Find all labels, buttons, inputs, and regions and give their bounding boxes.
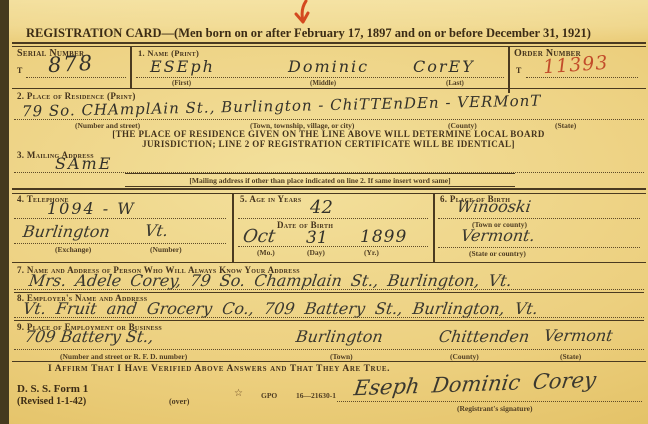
order-prefix: T	[516, 66, 522, 75]
affirmation-text: I Affirm That I Have Verified Above Answ…	[48, 364, 390, 374]
print-code: 16—21630-1	[296, 391, 336, 400]
residence-note-line2: JURISDICTION; LINE 2 OF REGISTRATION CER…	[9, 139, 648, 149]
form-revision: (Revised 1-1-42)	[17, 396, 86, 407]
age-value: 42	[310, 197, 333, 218]
over-note: (over)	[169, 397, 189, 406]
signature-sublabel: (Registrant's signature)	[457, 404, 532, 413]
serial-number-value: 878	[47, 51, 94, 77]
employment-town-value: Burlington	[295, 327, 385, 346]
employment-state-value: Vermont	[543, 326, 614, 345]
birth-state-sublabel: (State or country)	[469, 249, 526, 258]
serial-prefix: T	[17, 66, 23, 75]
telephone-exchange-value: Burlington	[22, 222, 112, 241]
name-first-value: ESEph	[150, 57, 215, 76]
gpo-label: GPO	[261, 391, 277, 400]
name-middle-value: Dominic	[288, 57, 369, 76]
name-last-value: CorEY	[413, 57, 475, 76]
registration-card-scan: REGISTRATION CARD—(Men born on or after …	[0, 0, 648, 424]
mailing-value: SAmE	[55, 154, 112, 173]
employment-town-sublabel: (Town)	[330, 352, 353, 361]
employment-street-sublabel: (Number and street or R. F. D. number)	[60, 352, 187, 361]
card-title: REGISTRATION CARD—(Men born on or after …	[26, 26, 591, 41]
telephone-number-value: 1094 - W	[47, 199, 136, 218]
dob-year-value: 1899	[360, 227, 407, 247]
name-first-sublabel: (First)	[172, 79, 191, 87]
mailing-note-box: [Mailing address if other than place ind…	[125, 173, 515, 187]
dob-year-sublabel: (Yr.)	[364, 248, 379, 257]
card-background: REGISTRATION CARD—(Men born on or after …	[9, 0, 648, 424]
birth-town-value: Winooski	[456, 197, 533, 216]
scan-left-edge	[0, 0, 9, 424]
contact-value: Mrs. Adele Corey, 79 So. Champlain St., …	[28, 271, 513, 290]
order-number-value: 11393	[542, 52, 609, 79]
telephone-exchange-sublabel: (Exchange)	[55, 245, 91, 254]
dob-month-sublabel: (Mo.)	[257, 248, 275, 257]
employment-state-sublabel: (State)	[560, 352, 581, 361]
star-icon: ☆	[234, 388, 243, 399]
name-last-sublabel: (Last)	[446, 79, 464, 87]
telephone-number-sublabel: (Number)	[150, 245, 182, 254]
birth-state-value: Vermont.	[460, 226, 536, 245]
dob-month-value: Oct	[242, 226, 277, 247]
dob-day-value: 31	[306, 228, 328, 248]
employer-value: Vt. Fruit and Grocery Co., 709 Battery S…	[22, 299, 540, 318]
form-number: D. S. S. Form 1	[17, 383, 88, 395]
employment-county-sublabel: (County)	[450, 352, 479, 361]
employment-street-value: 709 Battery St.,	[24, 327, 155, 346]
red-arrow-mark	[288, 0, 322, 26]
age-label: 5. Age in Years	[240, 194, 302, 204]
dob-day-sublabel: (Day)	[307, 248, 325, 257]
mailing-note: [Mailing address if other than place ind…	[125, 176, 515, 185]
residence-note-line1: [THE PLACE OF RESIDENCE GIVEN ON THE LIN…	[9, 129, 648, 139]
employment-county-value: Chittenden	[438, 327, 531, 346]
name-middle-sublabel: (Middle)	[310, 79, 336, 87]
telephone-exchange-number-value: Vt.	[144, 221, 170, 240]
